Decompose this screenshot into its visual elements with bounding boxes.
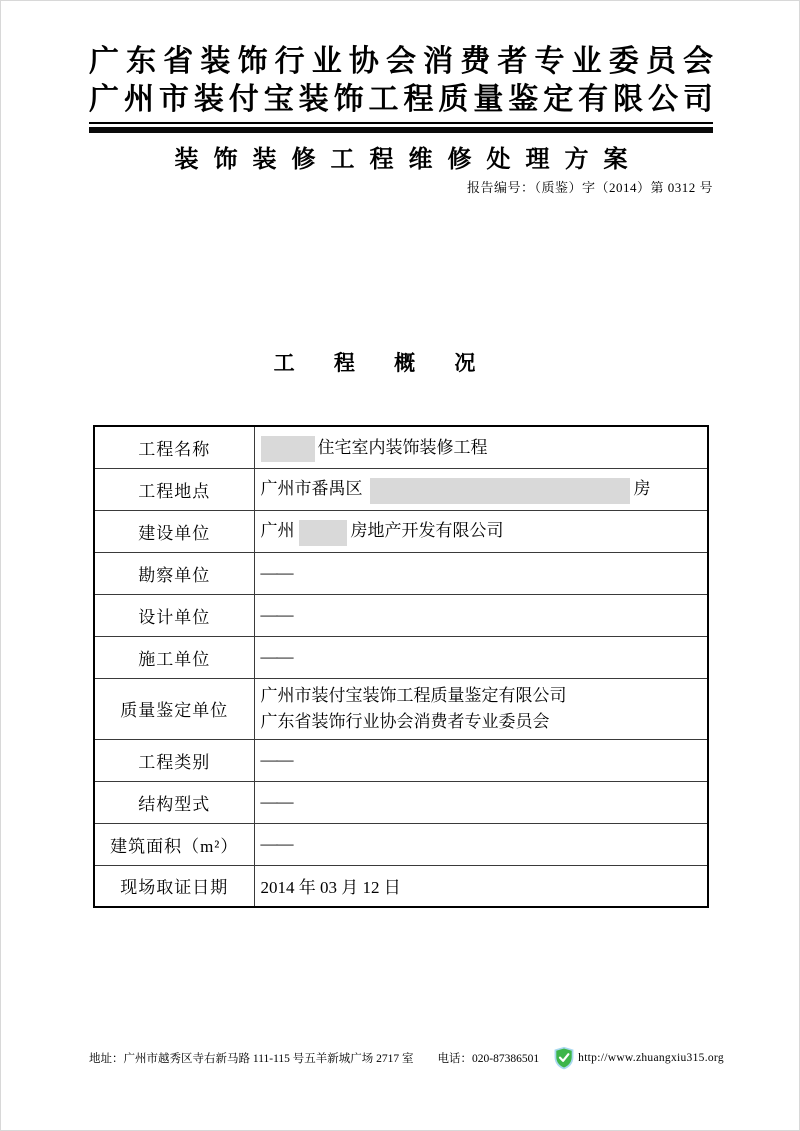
table-row-project-location: 工程地点 广州市番禺区房 bbox=[94, 468, 708, 510]
row-value: —— bbox=[254, 552, 708, 594]
row-label: 设计单位 bbox=[94, 594, 254, 636]
row-label: 现场取证日期 bbox=[94, 865, 254, 907]
row-value: —— bbox=[254, 781, 708, 823]
table-row-project-name: 工程名称 住宅室内装饰装修工程 bbox=[94, 426, 708, 468]
verified-shield-icon bbox=[553, 1046, 575, 1070]
row-label: 勘察单位 bbox=[94, 552, 254, 594]
header-rule-thick bbox=[89, 127, 713, 133]
row-value-text: —— bbox=[261, 563, 293, 582]
row-value-text: 广州市番禺区 bbox=[261, 479, 363, 498]
redaction-box bbox=[261, 436, 315, 462]
table-row-evidence-date: 现场取证日期 2014 年 03 月 12 日 bbox=[94, 865, 708, 907]
row-label: 建设单位 bbox=[94, 510, 254, 552]
row-value-text: —— bbox=[261, 834, 293, 853]
row-value-line2: 广东省装饰行业协会消费者专业委员会 bbox=[261, 709, 702, 735]
row-value-text: —— bbox=[261, 605, 293, 624]
table-row-appraisal-unit: 质量鉴定单位 广州市装付宝装饰工程质量鉴定有限公司 广东省装饰行业协会消费者专业… bbox=[94, 678, 708, 739]
row-value: 广州市装付宝装饰工程质量鉴定有限公司 广东省装饰行业协会消费者专业委员会 bbox=[254, 678, 708, 739]
row-label: 工程类别 bbox=[94, 739, 254, 781]
org-title-line1: 广东省装饰行业协会消费者专业委员会 bbox=[89, 43, 713, 81]
footer-url: http://www.zhuangxiu315.org bbox=[578, 1052, 724, 1064]
row-value-text: 住宅室内装饰装修工程 bbox=[318, 438, 488, 457]
table-row-builder-unit: 施工单位 —— bbox=[94, 636, 708, 678]
redaction-box bbox=[299, 520, 347, 546]
row-label: 结构型式 bbox=[94, 781, 254, 823]
row-label: 质量鉴定单位 bbox=[94, 678, 254, 739]
row-value: 广州房地产开发有限公司 bbox=[254, 510, 708, 552]
row-value: 广州市番禺区房 bbox=[254, 468, 708, 510]
table-row-building-area: 建筑面积（m²） —— bbox=[94, 823, 708, 865]
document-title: 装饰装修工程维修处理方案 bbox=[89, 139, 713, 174]
row-value: —— bbox=[254, 739, 708, 781]
row-value: 2014 年 03 月 12 日 bbox=[254, 865, 708, 907]
row-value-line1: 广州市装付宝装饰工程质量鉴定有限公司 bbox=[261, 683, 702, 709]
row-value: 住宅室内装饰装修工程 bbox=[254, 426, 708, 468]
document-header: 广东省装饰行业协会消费者专业委员会 广州市装付宝装饰工程质量鉴定有限公司 装饰装… bbox=[89, 43, 713, 196]
project-overview-table: 工程名称 住宅室内装饰装修工程 工程地点 广州市番禺区房 建设单位 广州房地产开… bbox=[93, 425, 709, 908]
row-value-text: 广州 bbox=[261, 521, 295, 540]
row-value: —— bbox=[254, 594, 708, 636]
document-page: 广东省装饰行业协会消费者专业委员会 广州市装付宝装饰工程质量鉴定有限公司 装饰装… bbox=[0, 0, 800, 1131]
header-rule-thin bbox=[89, 122, 713, 124]
org-title-line2: 广州市装付宝装饰工程质量鉴定有限公司 bbox=[89, 81, 713, 119]
row-label: 施工单位 bbox=[94, 636, 254, 678]
row-value-text: —— bbox=[261, 792, 293, 811]
row-value-text: 2014 年 03 月 12 日 bbox=[261, 878, 401, 897]
footer-address: 地址：广州市越秀区寺右新马路 111-115 号五羊新城广场 2717 室 bbox=[89, 1050, 414, 1066]
row-value-text: 房地产开发有限公司 bbox=[351, 521, 504, 540]
table-row-survey-unit: 勘察单位 —— bbox=[94, 552, 708, 594]
redaction-box bbox=[370, 478, 630, 504]
table-row-project-category: 工程类别 —— bbox=[94, 739, 708, 781]
table-row-design-unit: 设计单位 —— bbox=[94, 594, 708, 636]
footer-phone: 电话：020-87386501 bbox=[438, 1050, 540, 1066]
page-footer: 地址：广州市越秀区寺右新马路 111-115 号五羊新城广场 2717 室 电话… bbox=[89, 1045, 713, 1071]
row-label: 建筑面积（m²） bbox=[94, 823, 254, 865]
row-value-text: —— bbox=[261, 647, 293, 666]
row-value-text: —— bbox=[261, 750, 293, 769]
table-row-construction-unit: 建设单位 广州房地产开发有限公司 bbox=[94, 510, 708, 552]
row-label: 工程地点 bbox=[94, 468, 254, 510]
section-title: 工 程 概 况 bbox=[1, 347, 799, 377]
row-value: —— bbox=[254, 636, 708, 678]
table-row-structure-type: 结构型式 —— bbox=[94, 781, 708, 823]
report-number: 报告编号：（质鉴）字（2014）第 0312 号 bbox=[89, 177, 713, 196]
row-value: —— bbox=[254, 823, 708, 865]
row-value-text: 房 bbox=[634, 479, 651, 498]
row-label: 工程名称 bbox=[94, 426, 254, 468]
